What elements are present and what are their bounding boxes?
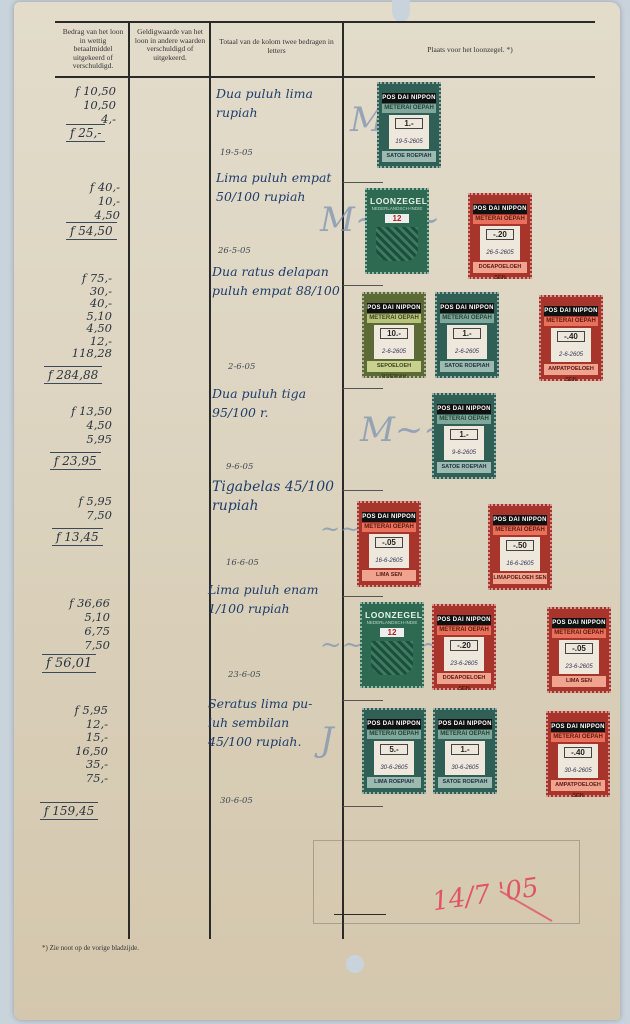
amount: 7,50: [56, 508, 112, 522]
amount-in-words: Tigabelas 45/100 rupiah: [212, 478, 334, 516]
amount-list: f 5,95 7,50: [56, 494, 112, 522]
stamp-subheader: METERAI OEPAH: [493, 526, 547, 535]
stamp-subheader: METERAI OEPAH: [544, 317, 598, 326]
stamp-subheader: METERAI OEPAH: [437, 415, 491, 424]
header-col1: Bedrag van het loon in wettig betaalmidd…: [62, 28, 124, 71]
entry-date: 16-6-05: [226, 558, 259, 568]
stamp-title: LOONZEGEL: [365, 610, 419, 620]
stamp-header: POS DAI NIPPON: [437, 615, 491, 625]
amount-in-words: Lima puluh enam 1/100 rupiah: [208, 580, 318, 618]
stamp-subheader: METERAI OEPAH: [382, 104, 436, 113]
words-line: 45/100 rupiah.: [208, 732, 312, 751]
amount: f 5,95: [56, 494, 112, 508]
stamp-cancel-date: 2-6-2605: [378, 349, 410, 355]
row-separator: [343, 182, 383, 183]
stamp-subheader: METERAI OEPAH: [440, 314, 494, 323]
amount: 7,50: [52, 638, 110, 652]
amount-total: f 54,50: [66, 222, 117, 240]
row-separator: [343, 700, 383, 701]
entry-date: 30-6-05: [220, 796, 253, 806]
amount: 6,75: [52, 624, 110, 638]
stamp-cancel-date: 30-6-2605: [378, 765, 410, 771]
stamp-cancel-date: 16-6-2605: [504, 561, 536, 567]
amount-list: f 75,- 30,- 40,- 5,10 4,50 12,- 118,28: [56, 272, 112, 360]
stamp-value: -.20: [450, 640, 478, 651]
meterai-stamp: POS DAI NIPPON METERAI OEPAH -.4030-6-26…: [546, 711, 610, 797]
stamp-cancel-date: 2-6-2605: [451, 349, 483, 355]
stamp-header: POS DAI NIPPON: [438, 719, 492, 729]
amount-total: f 25,-: [66, 124, 105, 142]
meterai-stamp: POS DAI NIPPON METERAI OEPAH 1.-2-6-2605…: [435, 292, 499, 378]
words-line: luh sembilan: [208, 713, 312, 732]
crest-icon: [376, 227, 418, 261]
words-line: Dua puluh tiga: [212, 384, 306, 403]
stamp-cancel-date: 26-5-2605: [484, 250, 516, 256]
entry-date: 2-6-05: [228, 362, 255, 372]
stamp-header: POS DAI NIPPON: [552, 618, 606, 628]
stamp-denomination: AMPATPOELOEH SEN: [551, 780, 605, 791]
words-line: 50/100 rupiah: [216, 187, 331, 206]
top-tear: [392, 0, 410, 22]
amount: f 13,50: [56, 404, 112, 418]
loonzegel-stamp: LOONZEGEL NEDERLANDSCH-INDIE 12: [360, 602, 424, 688]
stamp-subheader: METERAI OEPAH: [367, 730, 421, 739]
stamp-value: 1.-: [450, 429, 478, 440]
words-line: Lima puluh empat: [216, 168, 331, 187]
amount-total: f 13,45: [52, 528, 103, 546]
top-rule: [55, 21, 595, 23]
stamp-subheader: METERAI OEPAH: [438, 730, 492, 739]
amount-list: f 36,66 5,10 6,75 7,50: [52, 596, 110, 652]
amount-list: f 40,- 10,- 4,50: [60, 180, 120, 222]
words-line: puluh empat 88/100: [212, 281, 340, 300]
amount-list: f 13,50 4,50 5,95: [56, 404, 112, 446]
row-separator: [343, 388, 383, 389]
stamp-denomination: SATOE ROEPIAH: [440, 361, 494, 372]
stamp-header: POS DAI NIPPON: [440, 303, 494, 313]
amount: f 10,50: [60, 84, 116, 98]
amount-total: f 284,88: [44, 366, 102, 384]
col-divider-2: [209, 22, 211, 939]
amount-list: f 10,50 10,50 4,-: [60, 84, 116, 126]
stamp-subheader: METERAI OEPAH: [552, 629, 606, 638]
stamp-subtitle: NEDERLANDSCH-INDIE: [365, 620, 419, 625]
stamp-denomination: LIMA SEN: [362, 570, 416, 581]
words-line: 95/100 r.: [212, 403, 306, 422]
stamp-cancel-date: 23-6-2605: [448, 661, 480, 667]
stamp-cancel-date: 30-6-2605: [562, 768, 594, 774]
stamp-denomination: DOEAPOELOEH SEN: [437, 673, 491, 684]
meterai-stamp: POS DAI NIPPON METERAI OEPAH -.402-6-260…: [539, 295, 603, 381]
stamp-value: 12: [385, 214, 409, 223]
footnote: *) Zie noot op de vorige bladzijde.: [42, 944, 139, 952]
stamp-cancel-date: 9-6-2605: [448, 450, 480, 456]
amount-in-words: Dua ratus delapan puluh empat 88/100: [212, 262, 340, 300]
header-col2: Geldigwaarde van het loon in andere waar…: [134, 28, 206, 62]
col-divider-3: [342, 22, 344, 939]
stamp-cancel-date: 19-5-2605: [393, 139, 425, 145]
stamp-denomination: SATOE ROEPIAH: [382, 151, 436, 162]
stamp-header: POS DAI NIPPON: [362, 512, 416, 522]
stamp-header: POS DAI NIPPON: [382, 93, 436, 103]
meterai-stamp: POS DAI NIPPON METERAI OEPAH -.0516-6-26…: [357, 501, 421, 587]
meterai-stamp: POS DAI NIPPON METERAI OEPAH -.2026-5-26…: [468, 193, 532, 279]
row-separator: [343, 596, 383, 597]
amount: 5,10: [52, 610, 110, 624]
row-separator: [343, 490, 383, 491]
signature-scribble: J: [320, 720, 334, 760]
stamp-cancel-date: 16-6-2605: [373, 558, 405, 564]
stamp-subheader: METERAI OEPAH: [551, 733, 605, 742]
amount: 75,-: [46, 772, 108, 786]
meterai-stamp: POS DAI NIPPON METERAI OEPAH -.5016-6-26…: [488, 504, 552, 590]
entry-date: 26-5-05: [218, 246, 251, 256]
stamp-value: 1.-: [453, 328, 481, 339]
amount: 15,-: [46, 731, 108, 745]
words-line: Tigabelas 45/100: [212, 478, 334, 497]
stamp-subheader: METERAI OEPAH: [437, 626, 491, 635]
punch-hole: [346, 955, 364, 973]
entry-date: 19-5-05: [220, 148, 253, 158]
stamp-value: 10.-: [380, 328, 408, 339]
amount-total: f 56,01: [42, 654, 96, 673]
words-line: Seratus lima pu-: [208, 694, 312, 713]
amount: 10,50: [60, 98, 116, 112]
amount-in-words: Seratus lima pu- luh sembilan 45/100 rup…: [208, 694, 312, 751]
stamp-header: POS DAI NIPPON: [473, 204, 527, 214]
amount: 4,50: [56, 418, 112, 432]
closing-rule: [334, 914, 386, 915]
amount: f 5,95: [46, 704, 108, 718]
words-line: Dua ratus delapan: [212, 262, 340, 281]
stamp-cancel-date: 23-6-2605: [563, 664, 595, 670]
stamp-subheader: METERAI OEPAH: [362, 523, 416, 532]
amount: f 75,-: [56, 272, 112, 285]
amount-list: f 5,95 12,- 15,- 16,50 35,- 75,-: [46, 704, 108, 785]
stamp-denomination: AMPATPOELOEH SEN: [544, 364, 598, 375]
stamp-value: 1.-: [395, 118, 423, 129]
loonzegel-stamp: LOONZEGEL NEDERLANDSCH-INDIE 12: [365, 188, 429, 274]
col-divider-1: [128, 22, 130, 939]
stamp-subheader: METERAI OEPAH: [473, 215, 527, 224]
stamp-denomination: LIMAPOELOEH SEN: [493, 573, 547, 584]
meterai-stamp: POS DAI NIPPON METERAI OEPAH 1.-19-5-260…: [377, 82, 441, 168]
stamp-value: 1.-: [451, 744, 479, 755]
stamp-denomination: LIMA ROEPIAH: [367, 777, 421, 788]
entry-date: 23-6-05: [228, 670, 261, 680]
stamp-header: POS DAI NIPPON: [367, 303, 421, 313]
words-line: rupiah: [216, 103, 313, 122]
stamp-denomination: DOEAPOELOEH SEN: [473, 262, 527, 273]
stamp-header: POS DAI NIPPON: [437, 404, 491, 414]
amount: 16,50: [46, 745, 108, 759]
words-line: rupiah: [212, 497, 334, 516]
meterai-stamp: POS DAI NIPPON METERAI OEPAH 1.-9-6-2605…: [432, 393, 496, 479]
amount-in-words: Dua puluh tiga 95/100 r.: [212, 384, 306, 422]
amount-in-words: Dua puluh lima rupiah: [216, 84, 313, 122]
stamp-cancel-date: 30-6-2605: [449, 765, 481, 771]
amount: 5,95: [56, 432, 112, 446]
amount: 4,50: [60, 208, 120, 222]
header-rule: [55, 76, 595, 78]
stamp-value: -.05: [375, 537, 403, 548]
header-col3: Totaal van de kolom twee bedragen in let…: [214, 38, 339, 55]
amount: f 40,-: [60, 180, 120, 194]
stamp-value: 12: [380, 628, 404, 637]
stamp-value: -.50: [506, 540, 534, 551]
amount: 4,50: [56, 322, 112, 335]
stamp-value: -.05: [565, 643, 593, 654]
meterai-stamp: POS DAI NIPPON METERAI OEPAH 5.-30-6-260…: [362, 708, 426, 794]
header-col4: Plaats voor het loonzegel. *): [380, 46, 560, 55]
stamp-value: 5.-: [380, 744, 408, 755]
amount-total: f 23,95: [50, 452, 101, 470]
amount: 118,28: [56, 347, 112, 360]
entry-date: 9-6-05: [226, 462, 253, 472]
stamp-value: -.40: [564, 747, 592, 758]
stamp-title: LOONZEGEL: [370, 196, 424, 206]
amount-total: f 159,45: [40, 802, 98, 820]
meterai-stamp: POS DAI NIPPON METERAI OEPAH 10.-2-6-260…: [362, 292, 426, 378]
stamp-denomination: SEPOELOEH ROEPIAH: [367, 361, 421, 372]
crest-icon: [371, 641, 413, 675]
words-line: Lima puluh enam: [208, 580, 318, 599]
row-separator: [343, 285, 383, 286]
stamp-denomination: SATOE ROEPIAH: [438, 777, 492, 788]
meterai-stamp: POS DAI NIPPON METERAI OEPAH -.2023-6-26…: [432, 604, 496, 690]
stamp-denomination: LIMA SEN: [552, 676, 606, 687]
words-line: 1/100 rupiah: [208, 599, 318, 618]
stamp-header: POS DAI NIPPON: [493, 515, 547, 525]
stamp-subtitle: NEDERLANDSCH-INDIE: [370, 206, 424, 211]
meterai-stamp: POS DAI NIPPON METERAI OEPAH -.0523-6-26…: [547, 607, 611, 693]
stamp-value: -.40: [557, 331, 585, 342]
amount: f 36,66: [52, 596, 110, 610]
words-line: Dua puluh lima: [216, 84, 313, 103]
stamp-header: POS DAI NIPPON: [551, 722, 605, 732]
amount: 12,-: [46, 718, 108, 732]
stamp-header: POS DAI NIPPON: [544, 306, 598, 316]
stamp-cancel-date: 2-6-2605: [555, 352, 587, 358]
amount: 35,-: [46, 758, 108, 772]
row-separator: [343, 806, 383, 807]
amount: 10,-: [60, 194, 120, 208]
meterai-stamp: POS DAI NIPPON METERAI OEPAH 1.-30-6-260…: [433, 708, 497, 794]
amount: 40,-: [56, 297, 112, 310]
stamp-header: POS DAI NIPPON: [367, 719, 421, 729]
stamp-subheader: METERAI OEPAH: [367, 314, 421, 323]
stamp-value: -.20: [486, 229, 514, 240]
amount-in-words: Lima puluh empat 50/100 rupiah: [216, 168, 331, 206]
stamp-denomination: SATOE ROEPIAH: [437, 462, 491, 473]
